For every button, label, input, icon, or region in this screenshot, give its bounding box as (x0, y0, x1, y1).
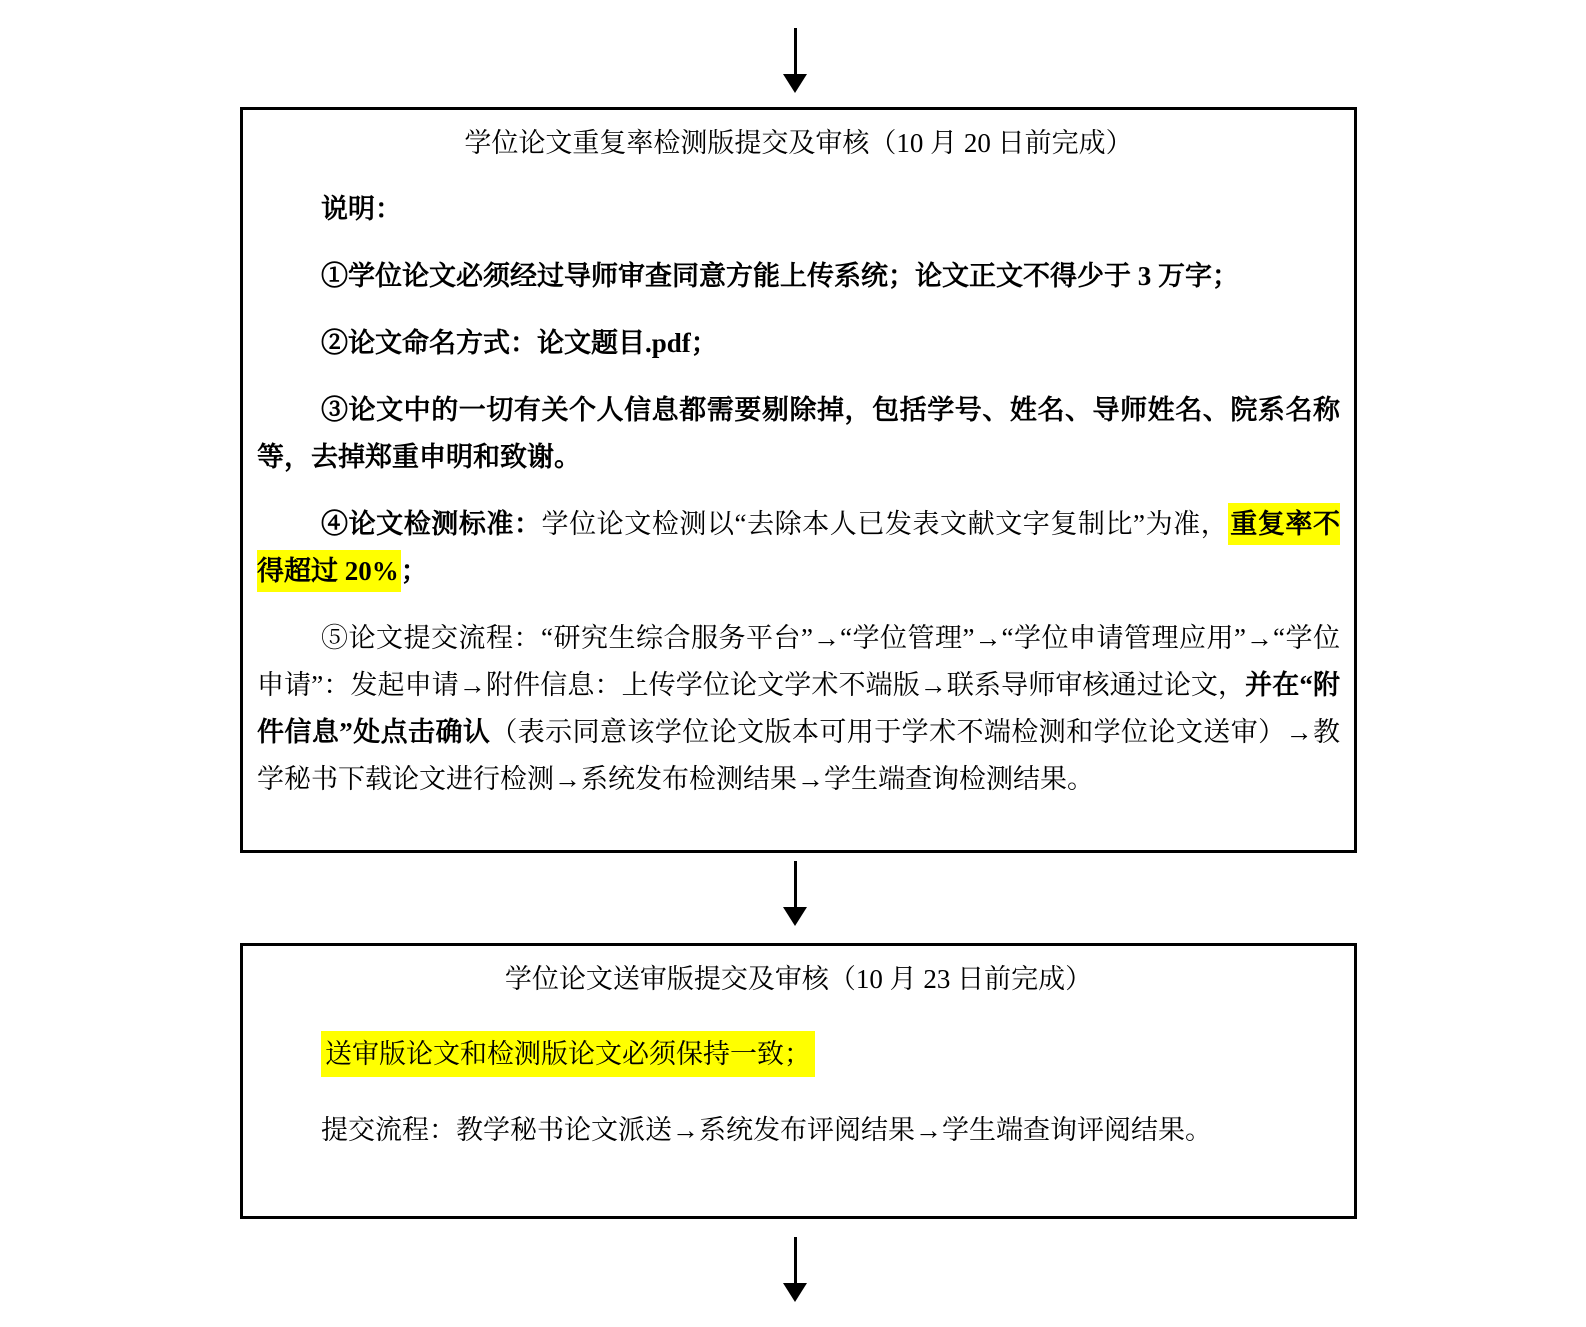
item4-lead: ④论文检测标准： (321, 509, 542, 539)
box1-item4: ④论文检测标准：学位论文检测以“去除本人已发表文献文字复制比”为准，重复率不得超… (257, 501, 1340, 595)
box1-item3: ③论文中的一切有关个人信息都需要剔除掉，包括学号、姓名、导师姓名、院系名称等，去… (257, 387, 1340, 481)
box1-item1: ①学位论文必须经过导师审查同意方能上传系统；论文正文不得少于 3 万字； (257, 253, 1340, 300)
arrow-head (783, 1283, 807, 1302)
flow-arrow-down-top-icon (782, 28, 808, 93)
box1-item2: ②论文命名方式：论文题目.pdf； (257, 320, 1340, 367)
item4-body: 学位论文检测以“去除本人已发表文献文字复制比”为准， (542, 509, 1229, 539)
box2-highlight-line: 送审版论文和检测版论文必须保持一致； (257, 1031, 1340, 1078)
box-review-version: 学位论文送审版提交及审核（10 月 23 日前完成） 送审版论文和检测版论文必须… (240, 943, 1357, 1219)
box1-item5: ⑤论文提交流程：“研究生综合服务平台”→“学位管理”→“学位申请管理应用”→“学… (257, 615, 1340, 803)
box2-process-line: 提交流程：教学秘书论文派送→系统发布评阅结果→学生端查询评阅结果。 (257, 1107, 1340, 1154)
document-page: 学位论文重复率检测版提交及审核（10 月 20 日前完成） 说明： ①学位论文必… (0, 0, 1586, 1327)
box-detection-version: 学位论文重复率检测版提交及审核（10 月 20 日前完成） 说明： ①学位论文必… (240, 107, 1357, 853)
item5-lead: ⑤论文提交流程：“研究生综合服务平台”→“学位管理”→“学位申请管理应用”→“学… (257, 623, 1340, 700)
arrow-shaft (794, 1237, 797, 1283)
arrow-shaft (794, 28, 797, 74)
box1-note-label: 说明： (257, 186, 1340, 233)
item4-tail: ； (401, 556, 428, 586)
arrow-head (783, 74, 807, 93)
box2-highlighted-text: 送审版论文和检测版论文必须保持一致； (321, 1031, 815, 1077)
flow-arrow-down-bottom-icon (782, 1237, 808, 1302)
flow-arrow-down-middle-icon (782, 861, 808, 926)
box2-title: 学位论文送审版提交及审核（10 月 23 日前完成） (257, 956, 1340, 1002)
arrow-shaft (794, 861, 797, 907)
box1-title: 学位论文重复率检测版提交及审核（10 月 20 日前完成） (257, 120, 1340, 166)
arrow-head (783, 907, 807, 926)
